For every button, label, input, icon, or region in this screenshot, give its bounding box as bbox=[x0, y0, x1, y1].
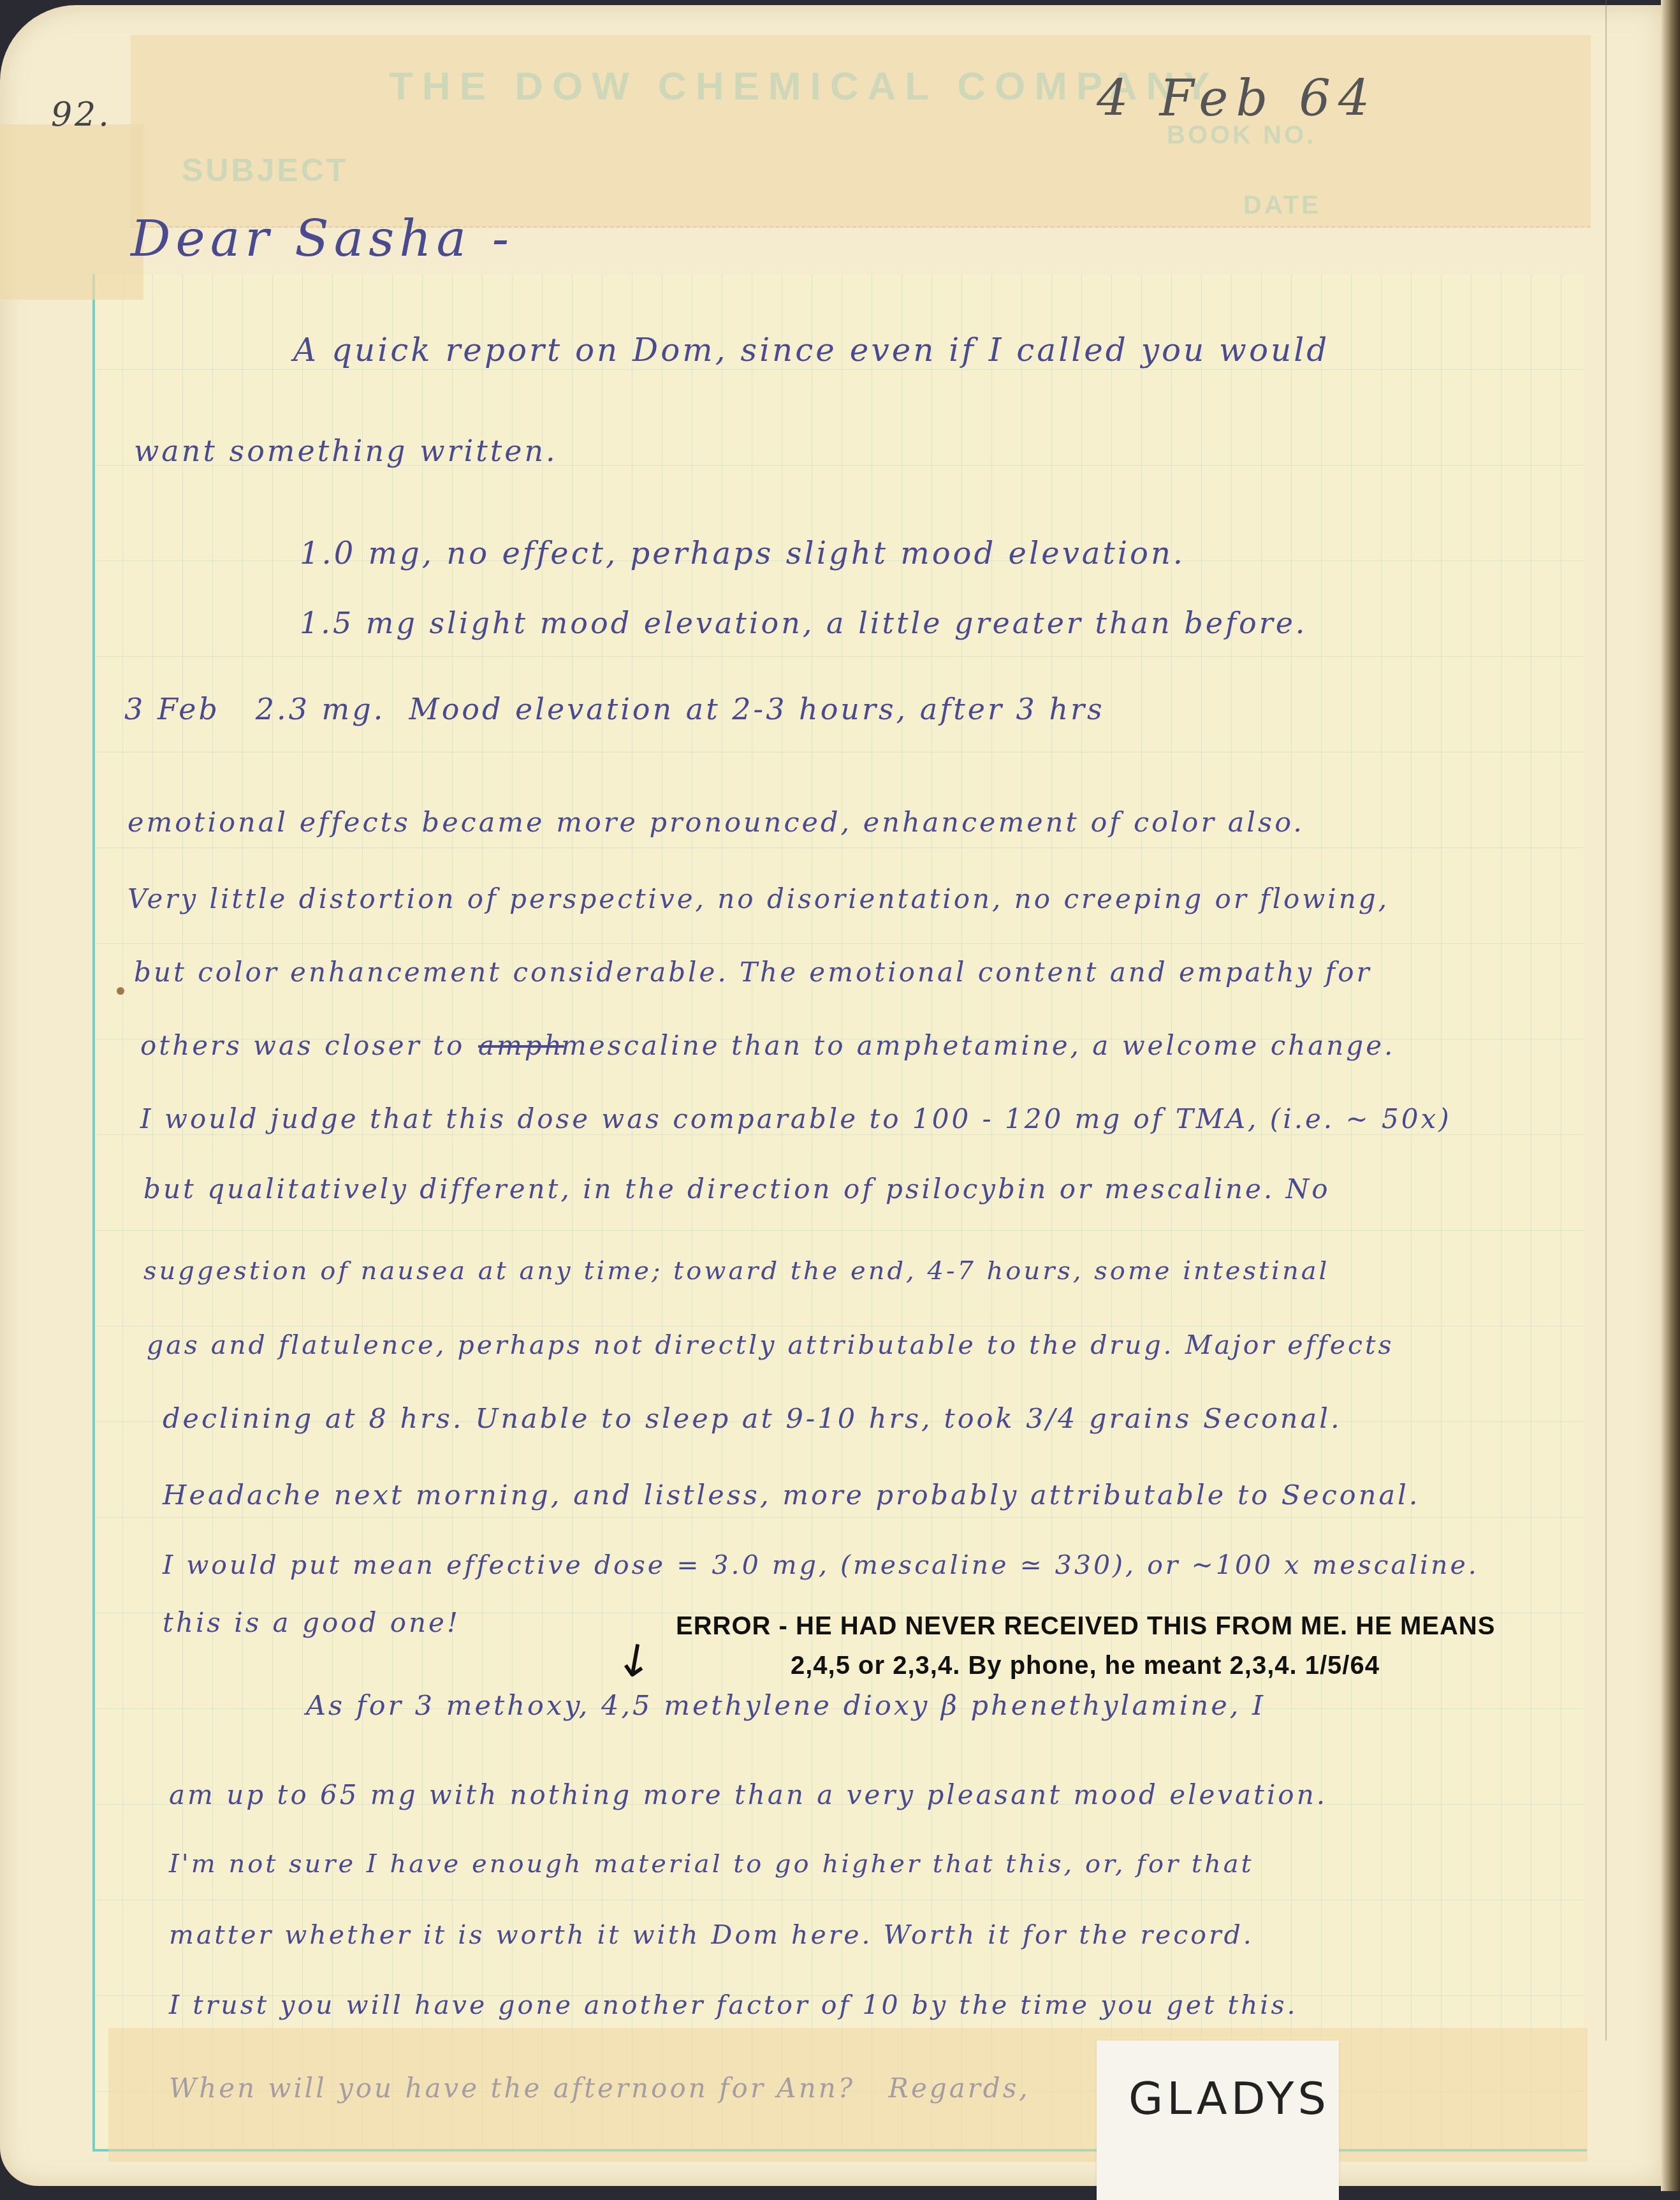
letter-line: but qualitatively different, in the dire… bbox=[143, 1173, 1331, 1205]
letter-line: I trust you will have gone another facto… bbox=[169, 1990, 1297, 2020]
book-spine-edge bbox=[1661, 0, 1680, 2191]
letter-line: emotional effects became more pronounced… bbox=[128, 807, 1304, 839]
letter-line: this is a good one! bbox=[163, 1607, 460, 1638]
letter-line: gas and flatulence, perhaps not directly… bbox=[147, 1330, 1394, 1360]
letter-line: Headache next morning, and listless, mor… bbox=[163, 1479, 1420, 1511]
letter-line: I'm not sure I have enough material to g… bbox=[169, 1849, 1254, 1879]
signature: GLADYS bbox=[1129, 2072, 1330, 2125]
letterhead-subject-label: SUBJECT bbox=[182, 152, 348, 189]
letterhead-company: THE DOW CHEMICAL COMPANY bbox=[389, 64, 1219, 109]
letter-line: suggestion of nausea at any time; toward… bbox=[143, 1256, 1329, 1286]
salutation: Dear Sasha - bbox=[131, 210, 514, 268]
letter-line: want something written. bbox=[134, 434, 558, 468]
letter-line: I would put mean effective dose = 3.0 mg… bbox=[163, 1550, 1479, 1580]
letter-line: A quick report on Dom, since even if I c… bbox=[293, 332, 1329, 369]
letter-line: mescaline than to amphetamine, a welcome… bbox=[561, 1030, 1395, 1061]
annotation-line: ERROR - HE HAD NEVER RECEIVED THIS FROM … bbox=[676, 1612, 1495, 1641]
letter-date: 4 Feb 64 bbox=[1097, 70, 1377, 128]
ink-spot bbox=[117, 987, 124, 995]
letter-line: declining at 8 hrs. Unable to sleep at 9… bbox=[163, 1403, 1342, 1435]
letter-line: 1.0 mg, no effect, perhaps slight mood e… bbox=[300, 536, 1185, 571]
letter-line: 3 Feb 2.3 mg. Mood elevation at 2-3 hour… bbox=[124, 692, 1105, 726]
letter-line: matter whether it is worth it with Dom h… bbox=[169, 1919, 1254, 1950]
letterhead-date-label: DATE bbox=[1243, 191, 1321, 220]
page-number: 92. bbox=[51, 96, 112, 134]
letter-line-closing: When will you have the afternoon for Ann… bbox=[169, 2072, 1030, 2104]
letter-line: As for 3 methoxy, 4,5 methylene dioxy β … bbox=[306, 1690, 1266, 1722]
letter-line: I would judge that this dose was compara… bbox=[140, 1103, 1452, 1134]
letter-line: 1.5 mg slight mood elevation, a little g… bbox=[300, 606, 1308, 640]
letter-line: am up to 65 mg with nothing more than a … bbox=[169, 1779, 1327, 1810]
letter-line: but color enhancement considerable. The … bbox=[134, 957, 1372, 988]
margin-rule bbox=[1605, 0, 1607, 2041]
letter-line: Very little distortion of perspective, n… bbox=[128, 883, 1389, 914]
left-tape bbox=[0, 124, 143, 300]
annotation-line: 2,4,5 or 2,3,4. By phone, he meant 2,3,4… bbox=[791, 1652, 1380, 1680]
letter-line: others was closer to bbox=[140, 1030, 465, 1061]
crossed-out-word: amph bbox=[478, 1030, 564, 1061]
